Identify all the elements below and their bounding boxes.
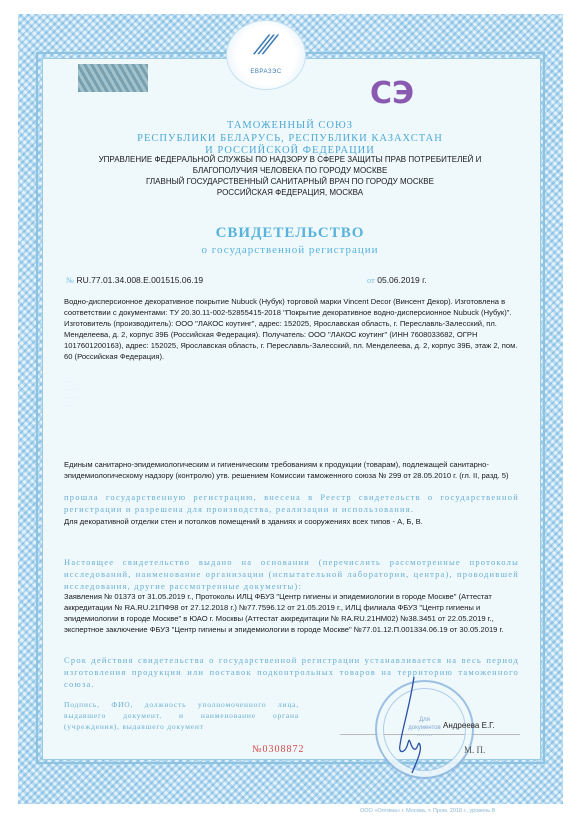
authority-line-2: БЛАГОПОЛУЧИЯ ЧЕЛОВЕКА ПО ГОРОДУ МОСКВЕ <box>60 165 520 176</box>
number-prefix: № <box>66 275 74 285</box>
union-line-2: РЕСПУБЛИКИ БЕЛАРУСЬ, РЕСПУБЛИКИ КАЗАХСТА… <box>60 133 520 144</box>
date-prefix: от <box>367 275 375 285</box>
authority-line-4: РОССИЙСКАЯ ФЕДЕРАЦИЯ, МОСКВА <box>60 187 520 198</box>
bird-emblem-icon: ⁄⁄⁄ <box>227 31 305 61</box>
seal-place-label: М. П. <box>464 745 485 755</box>
registration-number: № RU.77.01.34.008.Е.001515.06.19 <box>66 275 203 285</box>
document-title: СВИДЕТЕЛЬСТВО <box>60 225 520 242</box>
se-conformity-mark-icon: СЭ <box>365 76 419 112</box>
signature-icon <box>392 675 432 775</box>
basis-statement: Настоящее свидетельство выдано на основа… <box>64 556 519 592</box>
union-line-1: ТАМОЖЕННЫЙ СОЮЗ <box>60 120 520 131</box>
document-subtitle: о государственной регистрации <box>60 244 520 256</box>
registration-date: от 05.06.2019 г. <box>367 275 427 285</box>
eurasec-emblem: ⁄⁄⁄ ЕВРАЗЭС <box>226 20 306 90</box>
signer-name: Андреева Е.Г. <box>443 721 495 730</box>
passed-statement: прошла государственную регистрацию, внес… <box>64 491 519 515</box>
requirements-text: Единым санитарно-эпидемиологическим и ги… <box>64 459 519 481</box>
printer-note: ООО «Оптима» г. Москва, т. Пром. 2018 г.… <box>360 808 495 814</box>
hologram-sticker <box>78 64 148 92</box>
signature-label: Подпись, ФИО, должность уполномоченного … <box>64 699 299 732</box>
faint-form-labels: ······················· <box>64 378 184 410</box>
authority-line-3: ГЛАВНЫЙ ГОСУДАРСТВЕННЫЙ САНИТАРНЫЙ ВРАЧ … <box>60 176 520 187</box>
validity-statement: Срок действия свидетельства о государств… <box>64 654 519 690</box>
product-description: Водно-дисперсионное декоративное покрыти… <box>64 296 519 362</box>
usage-text: Для декоративной отделки стен и потолков… <box>64 516 519 527</box>
registration-date-value: 05.06.2019 г. <box>377 275 426 285</box>
authority-line-1: УПРАВЛЕНИЕ ФЕДЕРАЛЬНОЙ СЛУЖБЫ ПО НАДЗОРУ… <box>60 154 520 165</box>
blank-number: №0308872 <box>252 744 305 755</box>
basis-documents: Заявления № 01373 от 31.05.2019 г., Прот… <box>64 591 519 635</box>
registration-number-value: RU.77.01.34.008.Е.001515.06.19 <box>77 275 204 285</box>
emblem-label: ЕВРАЗЭС <box>227 69 305 75</box>
